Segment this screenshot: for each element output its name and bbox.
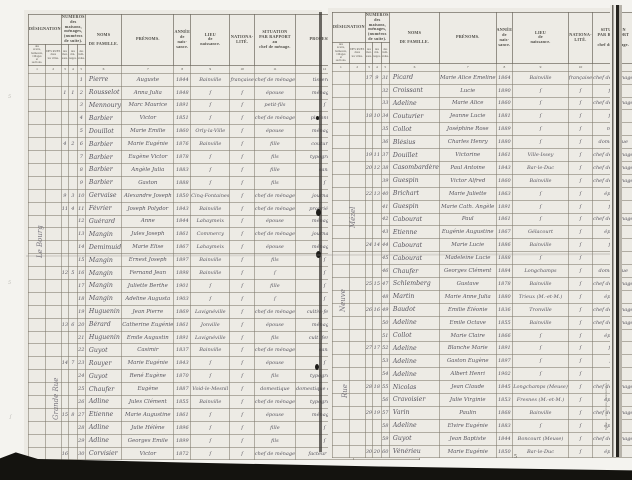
- cell-annee: 1872: [174, 447, 191, 460]
- cell-num-menage: [373, 200, 382, 213]
- cell-lieu: Tronville: [513, 303, 569, 316]
- cell-nom: Guyot: [389, 432, 439, 445]
- cell-nationalite: française: [568, 71, 592, 84]
- cell-designation-ecarts: [333, 200, 350, 213]
- cell-lieu: Boncourt (Meuse): [513, 432, 569, 445]
- street-name-label: Grande Rue: [52, 378, 60, 420]
- cell-lieu: ſ: [513, 213, 569, 226]
- cell-num-individu: 32: [381, 84, 389, 97]
- cell-nom: Mangin: [85, 267, 121, 280]
- cell-num-individu: 57: [381, 406, 389, 419]
- cell-nom: Douillot: [85, 125, 121, 138]
- cell-num-maison: [61, 163, 68, 176]
- cell-designation-rues: [45, 73, 61, 86]
- cell-nationalite: ſ: [568, 187, 592, 200]
- cell-situation: chef de ménage: [254, 228, 295, 241]
- cell-designation-rues: [45, 163, 61, 176]
- header-annee: ANNÉE de nais- sance.: [174, 15, 191, 66]
- cell-lieu: Orly-la-Ville: [191, 125, 230, 138]
- cell-prenom: Paul: [439, 213, 496, 226]
- cell-num-menage: [69, 421, 78, 434]
- cell-num-menage: [373, 368, 382, 381]
- cell-nom: Huguenin: [85, 305, 121, 318]
- binding-mark: [316, 116, 319, 120]
- cell-num-maison: [61, 73, 68, 86]
- cell-lieu: Commercy: [191, 228, 230, 241]
- cell-nationalite: ſ: [230, 241, 254, 254]
- cell-annee: 1836: [496, 303, 513, 316]
- cell-lieu: Bainville: [191, 202, 230, 215]
- cell-num-individu: 4: [77, 112, 85, 125]
- cell-num-menage: [69, 125, 78, 138]
- cell-num-menage: [373, 226, 382, 239]
- column-number-11: 11: [254, 65, 295, 73]
- cell-designation-rues: [349, 187, 365, 200]
- cell-annee: 1837: [174, 344, 191, 357]
- cell-prenom: Gaston: [122, 176, 174, 189]
- cell-lieu: ſ: [191, 163, 230, 176]
- street-name-label: Le Bourg: [36, 225, 44, 258]
- cell-nom: Croissant: [389, 84, 439, 97]
- table-row: 291957VarinPaulin1868Bainvilleſchef de m…: [333, 406, 632, 419]
- cell-prenom: Jean Pierre: [122, 305, 174, 318]
- column-number-10: 10: [568, 63, 592, 71]
- column-number-7: 7: [439, 63, 496, 71]
- cell-nom: Varin: [389, 406, 439, 419]
- cell-designation-rues: [45, 151, 61, 164]
- cell-prenom: Victor: [122, 112, 174, 125]
- cell-lieu: ſ: [513, 355, 569, 368]
- cell-num-individu: 12: [77, 215, 85, 228]
- cell-designation-ecarts: [29, 280, 46, 293]
- cell-nom: Adeline: [389, 342, 439, 355]
- cell-num-individu: 42: [381, 213, 389, 226]
- table-row: 59GuyotJean Baptiste1844Boncourt (Meuse)…: [333, 432, 632, 445]
- cell-designation-rues: [349, 445, 365, 458]
- cell-num-individu: 23: [77, 357, 85, 370]
- cell-num-individu: 58: [381, 419, 389, 432]
- cell-num-maison: 20: [365, 161, 372, 174]
- cell-nom: Nicolas: [389, 381, 439, 394]
- cell-num-menage: [69, 99, 78, 112]
- cell-num-maison: [365, 432, 372, 445]
- scanned-census-register: { "document": { "page_number": "5", "imp…: [0, 0, 632, 480]
- cell-designation-ecarts: [29, 421, 46, 434]
- cell-nom: Pierre: [85, 73, 121, 86]
- cell-nationalite: ſ: [568, 278, 592, 291]
- cell-nationalite: ſ: [230, 305, 254, 318]
- cell-prenom: Marie Alice: [439, 97, 496, 110]
- cell-nom: Adline: [85, 396, 121, 409]
- cell-nom: Mangin: [85, 228, 121, 241]
- cell-nationalite: ſ: [230, 357, 254, 370]
- cell-num-maison: 16: [61, 447, 68, 460]
- cell-num-menage: [69, 344, 78, 357]
- cell-prenom: Adeline Augusta: [122, 292, 174, 305]
- cell-lieu: ſ: [191, 86, 230, 99]
- binding-mark: [316, 209, 321, 216]
- cell-num-menage: 18: [373, 381, 382, 394]
- cell-nationalite: ſ: [230, 125, 254, 138]
- cell-nom: Mangin: [85, 292, 121, 305]
- cell-lieu: ſ: [513, 329, 569, 342]
- cell-num-individu: 43: [381, 226, 389, 239]
- cell-situation: épouse: [254, 86, 295, 99]
- header-num-maisons: des mai- sons.: [61, 44, 68, 65]
- table-row: 54AdelineAlbert Henri1902ſſſſ–: [333, 368, 632, 381]
- cell-num-menage: 2: [69, 138, 78, 151]
- cell-nationalite: ſ: [230, 228, 254, 241]
- cell-designation-rues: [349, 329, 365, 342]
- cell-designation-ecarts: [333, 316, 350, 329]
- cell-lieu: ſ: [191, 370, 230, 383]
- cell-num-menage: 10: [373, 110, 382, 123]
- cell-situation: épouse: [254, 241, 295, 254]
- cell-designation-rues: [45, 202, 61, 215]
- cell-num-menage: 6: [69, 318, 78, 331]
- cell-lieu: Bainville: [191, 344, 230, 357]
- cell-designation-rues: [45, 434, 61, 447]
- cell-prenom: Anna Julia: [122, 86, 174, 99]
- cell-prenom: Jules Joseph: [122, 228, 174, 241]
- cell-num-individu: 56: [381, 394, 389, 407]
- cell-num-maison: [365, 265, 372, 278]
- cell-prenom: Fernand Jean: [122, 267, 174, 280]
- cell-num-menage: 13: [373, 187, 382, 200]
- column-number-1: 1: [333, 63, 350, 71]
- cell-designation-ecarts: [333, 136, 350, 149]
- cell-nom: Adeline: [389, 368, 439, 381]
- cell-annee: 1884: [496, 265, 513, 278]
- cell-annee: 1867: [174, 241, 191, 254]
- cell-num-menage: 7: [69, 357, 78, 370]
- cell-lieu: Lavignéville: [191, 331, 230, 344]
- table-row: 35CollotJoséphine Rose1889ſſmère––: [333, 123, 632, 136]
- cell-designation-rues: [349, 278, 365, 291]
- cell-nationalite: ſ: [568, 445, 592, 458]
- cell-nom: Collot: [389, 329, 439, 342]
- cell-designation-ecarts: [333, 342, 350, 355]
- cell-num-individu: 59: [381, 432, 389, 445]
- street-name-label: Neuve: [339, 289, 347, 312]
- cell-nationalite: ſ: [568, 419, 592, 432]
- column-number-2: 2: [349, 63, 365, 71]
- cell-nom: Barbier: [85, 163, 121, 176]
- cell-prenom: Jeanne Lucie: [439, 110, 496, 123]
- cell-num-individu: 60: [381, 445, 389, 458]
- cell-situation: fille: [254, 421, 295, 434]
- cell-designation-ecarts: [333, 213, 350, 226]
- cell-annee: 1866: [496, 329, 513, 342]
- cell-num-menage: [69, 447, 78, 460]
- cell-nom: Vénérieu: [389, 445, 439, 458]
- cell-designation-rues: [45, 331, 61, 344]
- column-number-5: 5: [381, 63, 389, 71]
- cell-annee: 1860: [496, 97, 513, 110]
- cell-num-menage: [69, 112, 78, 125]
- cell-num-menage: [69, 228, 78, 241]
- cell-prenom: Marie Cath. Angèle: [439, 200, 496, 213]
- cell-designation-rues: [45, 267, 61, 280]
- cell-num-maison: [365, 368, 372, 381]
- cell-designation-rues: [45, 344, 61, 357]
- cell-lieu: ſ: [191, 280, 230, 293]
- cell-annee: 1891: [174, 331, 191, 344]
- cell-nom: Cabourat: [389, 213, 439, 226]
- cell-designation-ecarts: [29, 176, 46, 189]
- cell-designation-ecarts: [29, 86, 46, 99]
- cell-nom: Guespin: [389, 200, 439, 213]
- cell-designation-ecarts: [333, 239, 350, 252]
- cell-nom: Etienne: [389, 226, 439, 239]
- cell-prenom: Emile Augustin: [122, 331, 174, 344]
- cell-designation-rues: [45, 305, 61, 318]
- header-designation-rues: DES RUES dans les villes.: [349, 42, 365, 63]
- cell-num-maison: [61, 112, 68, 125]
- cell-designation-rues: [349, 174, 365, 187]
- cell-lieu: ſ: [191, 112, 230, 125]
- cell-nationalite: ſ: [568, 200, 592, 213]
- printer-imprint: Melun. — Imprimerie administrative.: [604, 382, 608, 430]
- cell-annee: 1867: [496, 226, 513, 239]
- cell-annee: 1860: [496, 174, 513, 187]
- cell-designation-ecarts: [333, 355, 350, 368]
- cell-situation: épouse: [254, 125, 295, 138]
- table-row: 191137DouilletVictorine1861Ville-Isseyſc…: [333, 149, 632, 162]
- cell-designation-ecarts: [29, 331, 46, 344]
- cell-lieu: ſ: [513, 419, 569, 432]
- margin-annotation: 5: [8, 280, 11, 286]
- cell-situation: épouse: [254, 357, 295, 370]
- cell-nom: Picard: [389, 71, 439, 84]
- cell-prenom: Juliette Berthe: [122, 280, 174, 293]
- cell-num-individu: 41: [381, 200, 389, 213]
- cell-prenom: Victor Alfred: [439, 174, 496, 187]
- cell-num-maison: [61, 421, 68, 434]
- cell-nationalite: française: [230, 73, 254, 86]
- cell-situation: fille: [254, 138, 295, 151]
- cell-num-maison: 18: [365, 110, 372, 123]
- cell-nom: Couturier: [389, 110, 439, 123]
- cell-num-individu: 50: [381, 316, 389, 329]
- cell-num-individu: 46: [381, 265, 389, 278]
- cell-situation: fils: [254, 331, 295, 344]
- cell-num-menage: [69, 176, 78, 189]
- cell-situation: fils: [254, 370, 295, 383]
- cell-nom: Corvisier: [85, 447, 121, 460]
- cell-nom: Mangin: [85, 280, 121, 293]
- cell-nom: Mennoury: [85, 99, 121, 112]
- cell-nationalite: ſ: [230, 280, 254, 293]
- page-stack-edge: [610, 5, 622, 457]
- cell-num-maison: 4: [61, 138, 68, 151]
- header-prenoms: PRÉNOMS.: [439, 13, 496, 64]
- cell-num-maison: [61, 396, 68, 409]
- cell-annee: 1897: [496, 355, 513, 368]
- cell-nom: Adline: [85, 434, 121, 447]
- table-row: 241444CabouratMarie Lucie1886Bainvilleſf…: [333, 239, 632, 252]
- cell-nationalite: ſ: [568, 432, 592, 445]
- cell-nationalite: ſ: [230, 421, 254, 434]
- cell-annee: 1891: [496, 342, 513, 355]
- cell-prenom: Joseph Polydor: [122, 202, 174, 215]
- cell-num-maison: [61, 292, 68, 305]
- table-row: 181034CouturierJeanne Lucie1881ſſfillemé…: [333, 110, 632, 123]
- cell-lieu: ſ: [513, 110, 569, 123]
- cell-annee: 1891: [174, 99, 191, 112]
- cell-nom: Martin: [389, 290, 439, 303]
- cell-annee: 1888: [174, 176, 191, 189]
- column-number-4: 4: [373, 63, 382, 71]
- cell-designation-rues: [349, 303, 365, 316]
- column-number-2: 2: [45, 65, 61, 73]
- cell-situation: chef de ménage: [254, 305, 295, 318]
- cell-prenom: Victor: [122, 447, 174, 460]
- header-nationalite: NATIONA- LITÉ.: [568, 13, 592, 64]
- cell-num-individu: 26: [77, 396, 85, 409]
- cell-num-maison: [365, 136, 372, 149]
- cell-lieu: ſ: [191, 434, 230, 447]
- cell-annee: 1870: [174, 370, 191, 383]
- cell-designation-ecarts: [29, 408, 46, 421]
- cell-num-menage: [69, 383, 78, 396]
- cell-prenom: Eugène Victor: [122, 151, 174, 164]
- cell-lieu: Bainville: [191, 267, 230, 280]
- cell-num-maison: [365, 84, 372, 97]
- cell-designation-rues: [349, 161, 365, 174]
- table-row: 42CabouratPaul1861ſſchef de ménagetypogr…: [333, 213, 632, 226]
- header-num-individus: des indi- vidus.: [381, 42, 389, 63]
- cell-num-menage: 20: [373, 445, 382, 458]
- cell-designation-ecarts: [333, 174, 350, 187]
- cell-num-menage: 8: [69, 408, 78, 421]
- cell-annee: 1902: [496, 368, 513, 381]
- cell-nationalite: ſ: [568, 136, 592, 149]
- cell-num-menage: [373, 265, 382, 278]
- cell-num-individu: 39: [381, 174, 389, 187]
- cell-nom: Adeline: [389, 419, 439, 432]
- column-number-6: 6: [389, 63, 439, 71]
- cell-lieu: ſ: [513, 136, 569, 149]
- cell-num-menage: [69, 370, 78, 383]
- cell-num-individu: 27: [77, 408, 85, 421]
- cell-prenom: Julie Hélène: [122, 421, 174, 434]
- cell-lieu: Bainville: [513, 239, 569, 252]
- cell-nom: Adeline: [389, 316, 439, 329]
- cell-nom: Barbier: [85, 138, 121, 151]
- cell-situation: domestique: [254, 383, 295, 396]
- cell-annee: 1855: [174, 396, 191, 409]
- cell-num-menage: [69, 396, 78, 409]
- cell-nom: Cravoisier: [389, 394, 439, 407]
- cell-lieu: ſ: [191, 292, 230, 305]
- cell-nationalite: ſ: [568, 342, 592, 355]
- cell-annee: 1881: [496, 110, 513, 123]
- cell-num-individu: 9: [77, 176, 85, 189]
- cell-annee: 1880: [496, 290, 513, 303]
- table-row: 17931PicardMarie Alice Emeline1864Bainvi…: [333, 71, 632, 84]
- cell-prenom: Casimir: [122, 344, 174, 357]
- cell-lieu: ſ: [191, 99, 230, 112]
- cell-designation-ecarts: [29, 112, 46, 125]
- cell-nationalite: ſ: [230, 396, 254, 409]
- cell-situation: petit-fils: [254, 99, 295, 112]
- cell-lieu: Cinq-Fontaines: [191, 189, 230, 202]
- cell-designation-rues: [45, 99, 61, 112]
- cell-num-maison: 30: [365, 445, 372, 458]
- cell-nom: Bérard: [85, 318, 121, 331]
- cell-situation: fille: [254, 163, 295, 176]
- cell-num-maison: 24: [365, 239, 372, 252]
- margin-annotation: 5: [8, 94, 11, 100]
- cell-prenom: Blanche Marie: [439, 342, 496, 355]
- header-num-menages: des mé- nages.: [373, 42, 382, 63]
- cell-designation-ecarts: [333, 187, 350, 200]
- cell-designation-rues: [349, 381, 365, 394]
- header-designation: DÉSIGNATION: [29, 15, 62, 45]
- cell-prenom: René Eugène: [122, 370, 174, 383]
- cell-annee: 1861: [174, 228, 191, 241]
- cell-num-maison: [61, 383, 68, 396]
- table-row: 33AdelineMarie Alice1860ſſchef de ménage…: [333, 97, 632, 110]
- cell-nationalite: ſ: [568, 149, 592, 162]
- cell-num-individu: 54: [381, 368, 389, 381]
- cell-annee: 1901: [174, 280, 191, 293]
- table-row: 201238CasombardèrePaul Antoine1843Bar-le…: [333, 161, 632, 174]
- cell-lieu: Longchamps (Meuse): [513, 381, 569, 394]
- cell-designation-ecarts: [333, 84, 350, 97]
- cell-num-maison: [365, 174, 372, 187]
- cell-designation-ecarts: [333, 97, 350, 110]
- cell-num-menage: [373, 290, 382, 303]
- cell-num-individu: 19: [77, 305, 85, 318]
- cell-num-individu: 48: [381, 290, 389, 303]
- table-row: 43EtienneEugénie Augustine1867Gélacourtſ…: [333, 226, 632, 239]
- cell-prenom: Marie Anne Julia: [439, 290, 496, 303]
- cell-num-individu: 40: [381, 187, 389, 200]
- cell-nationalite: ſ: [230, 202, 254, 215]
- cell-num-maison: 25: [365, 278, 372, 291]
- cell-designation-rues: [45, 189, 61, 202]
- cell-annee: 1896: [174, 421, 191, 434]
- cell-num-maison: 19: [365, 149, 372, 162]
- cell-nationalite: ſ: [230, 331, 254, 344]
- cell-num-individu: 25: [77, 383, 85, 396]
- cell-num-individu: 52: [381, 342, 389, 355]
- cell-num-maison: [61, 215, 68, 228]
- cell-num-maison: [365, 394, 372, 407]
- page-gutter-edge: [319, 12, 322, 452]
- cell-prenom: Eugénie Augustine: [439, 226, 496, 239]
- cell-num-individu: 33: [381, 97, 389, 110]
- cell-annee: 1851: [174, 112, 191, 125]
- cell-num-maison: 12: [61, 267, 68, 280]
- cell-prenom: Georges Clément: [439, 265, 496, 278]
- cell-designation-rues: [349, 239, 365, 252]
- cell-lieu: ſ: [513, 97, 569, 110]
- cell-designation-ecarts: [29, 138, 46, 151]
- cell-lieu: ſ: [513, 342, 569, 355]
- cell-designation-ecarts: [29, 396, 46, 409]
- page-number: 5: [514, 454, 517, 460]
- cell-designation-rues: [45, 86, 61, 99]
- cell-annee: 1898: [174, 267, 191, 280]
- cell-num-individu: 16: [77, 267, 85, 280]
- cell-nationalite: ſ: [568, 239, 592, 252]
- cell-annee: 1899: [174, 434, 191, 447]
- cell-prenom: Jean Baptiste: [439, 432, 496, 445]
- cell-num-menage: [373, 136, 382, 149]
